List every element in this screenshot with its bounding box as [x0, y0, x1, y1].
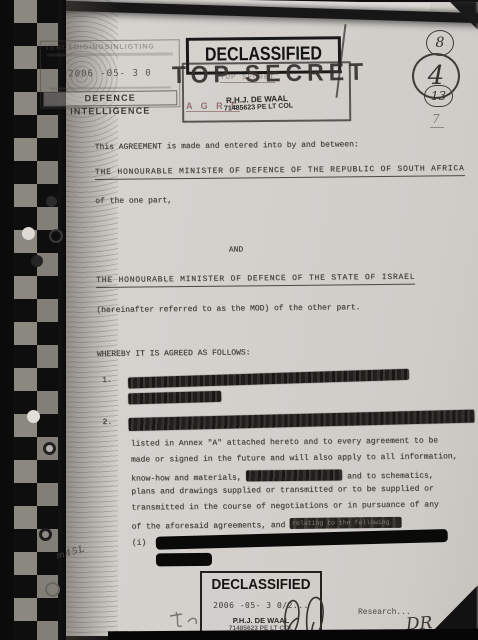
para2-line: made or signed in the future and will al…: [131, 452, 458, 464]
para2-line: of the aforesaid agreements, and relatin…: [132, 517, 403, 532]
typed-body: This AGREEMENT is made and entered into …: [0, 0, 478, 640]
redaction-bar-solid: [156, 553, 212, 567]
party1-heading: THE HONOURABLE MINISTER OF DEFENCE OF TH…: [95, 164, 465, 179]
para2-line: know-how and materials, and to schematic…: [131, 468, 434, 483]
item1-number: 1.: [102, 376, 112, 385]
handwritten-scribble: [168, 606, 202, 632]
party2-suffix: (hereinafter referred to as the MOD) of …: [96, 303, 360, 315]
para2-text: of the aforesaid agreements, and: [132, 521, 286, 532]
redaction-bar: [128, 369, 409, 389]
item-i-number: (i): [132, 538, 146, 547]
redaction-bar-solid: [156, 529, 448, 550]
scan-bottom-edge: [108, 629, 478, 640]
para2-text: and to schematics,: [347, 471, 434, 481]
intro-line: This AGREEMENT is made and entered into …: [95, 140, 359, 152]
redaction-bar: [128, 391, 221, 405]
para2-line: listed in Annex "A" attached hereto and …: [131, 436, 438, 448]
party2-heading: THE HONOURABLE MINISTER OF DEFENCE OF TH…: [96, 273, 415, 288]
conjunction: AND: [229, 245, 243, 254]
redaction-inline: [246, 469, 342, 481]
para2-line: plans and drawings supplied or transmitt…: [131, 484, 434, 496]
para2-line: transmitted in the course of negotiation…: [131, 500, 438, 512]
scanned-document: VERDEDIGINGSINLIGTING 2006 -05- 3 0 DEFE…: [0, 0, 478, 640]
item2-number: 2.: [102, 418, 112, 427]
redaction-bar: [128, 410, 474, 431]
whereby-line: WHEREBY IT IS AGREED AS FOLLOWS:: [97, 348, 251, 359]
party1-suffix: of the one part,: [95, 196, 172, 206]
research-notation: Research...: [358, 608, 411, 617]
redaction-ghost: relating to the following: [290, 517, 402, 529]
para2-text: know-how and materials,: [131, 473, 242, 483]
